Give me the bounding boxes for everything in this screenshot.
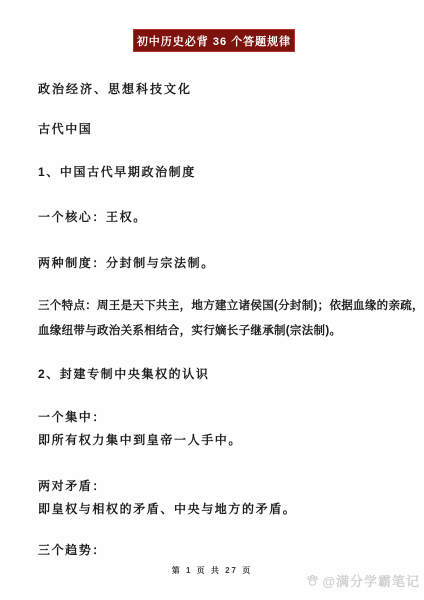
- watermark-text: @满分学霸笔记: [322, 571, 420, 590]
- subtitle: 政治经济、思想科技文化: [38, 80, 404, 97]
- text-line: 两种制度：分封制与宗法制。: [38, 254, 404, 271]
- text-line: 即所有权力集中到皇帝一人手中。: [38, 431, 404, 448]
- heading-2: 2、封建专制中央集权的认识: [38, 365, 404, 382]
- paragraph-line: 三个特点：周王是天下共主，地方建立诸侯国(分封制)；依据血缘的亲疏，: [38, 297, 404, 313]
- text-line: 一个集中：: [38, 408, 404, 425]
- title-banner: 初中历史必背 36 个答题规律: [133, 29, 295, 52]
- paw-icon: [305, 573, 320, 588]
- watermark: @满分学霸笔记: [305, 571, 420, 590]
- text-line: 即皇权与相权的矛盾、中央与地方的矛盾。: [38, 500, 404, 517]
- paragraph-line: 血缘纽带与政治关系相结合，实行嫡长子继承制(宗法制)。: [38, 322, 404, 338]
- document-page: 初中历史必背 36 个答题规律 政治经济、思想科技文化 古代中国 1、中国古代早…: [0, 0, 424, 600]
- section-label: 古代中国: [38, 120, 404, 137]
- text-line: 三个趋势：: [38, 541, 404, 558]
- heading-1: 1、中国古代早期政治制度: [38, 163, 404, 180]
- text-line: 两对矛盾：: [38, 477, 404, 494]
- text-line: 一个核心：王权。: [38, 208, 404, 225]
